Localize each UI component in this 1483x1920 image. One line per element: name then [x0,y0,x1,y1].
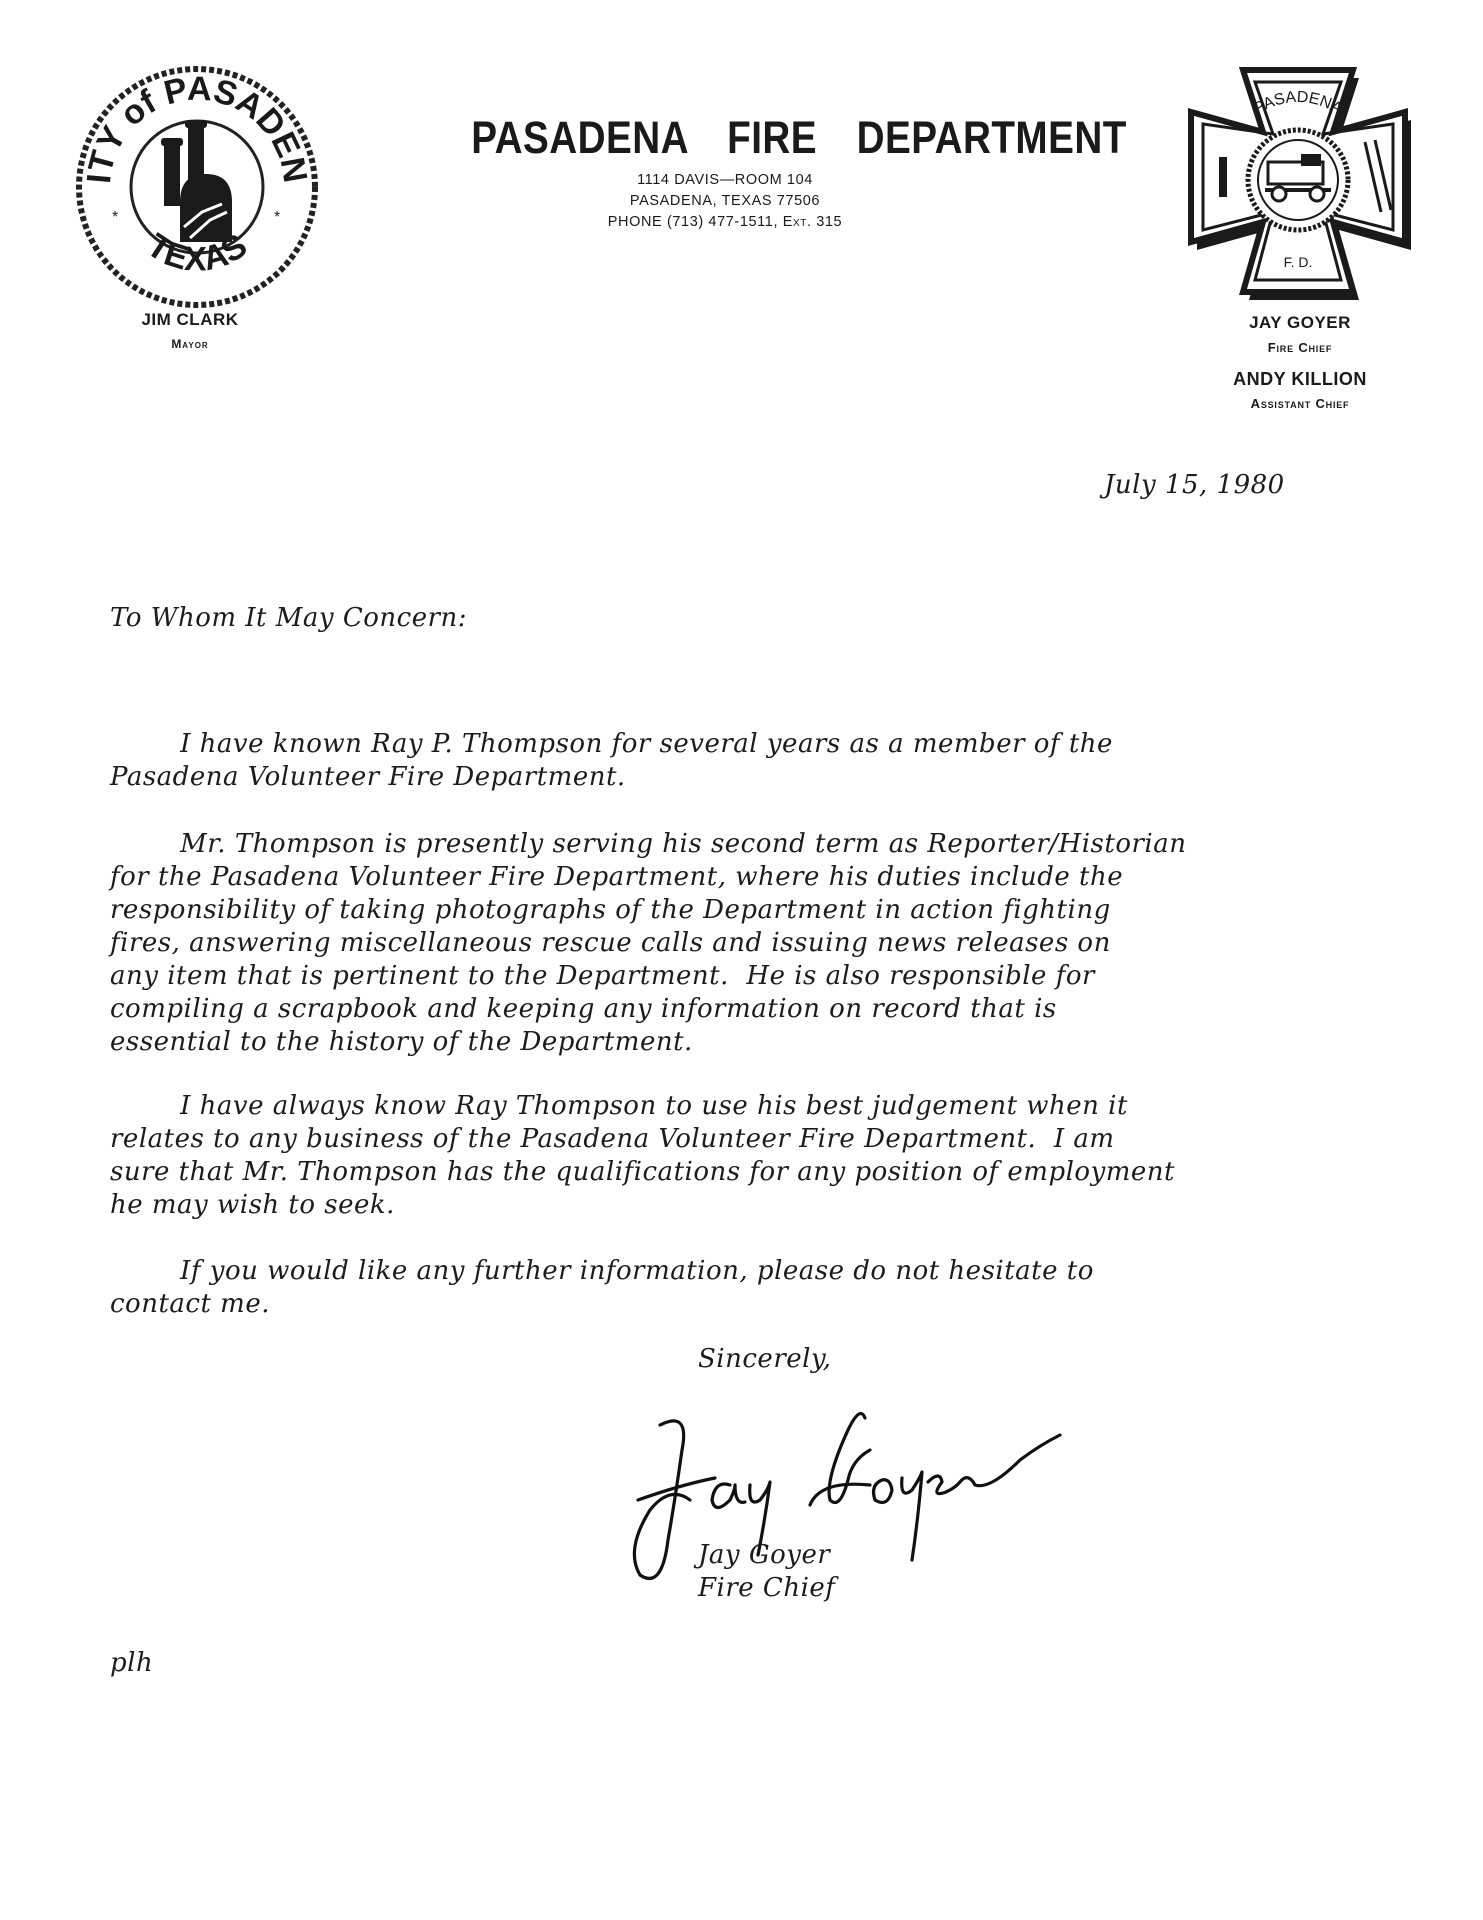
fire-badge-icon: PASADENA F. D. [1183,62,1413,302]
typist-initials: plh [110,1648,153,1678]
assistant-chief-name: ANDY KILLION [1190,369,1410,390]
mayor-name: JIM CLARK [100,310,280,330]
paragraph-1: I have known Ray P. Thompson for several… [110,728,1410,794]
phone-number: PHONE (713) 477-1511, [608,214,778,230]
mayor-title: Mayor [100,337,280,351]
phone-line: PHONE (713) 477-1511, Ext. 315 [430,214,1020,230]
fire-chief-name: JAY GOYER [1190,313,1410,333]
department-name: PASADENA FIRE DEPARTMENT [471,112,978,164]
svg-text:F. D.: F. D. [1284,254,1313,270]
salutation: To Whom It May Concern: [110,603,467,633]
assistant-chief-title: Assistant Chief [1190,396,1410,411]
city-seal-icon: CITY of PASADENA TEXAS * * [72,62,322,312]
address-line-2: PASADENA, TEXAS 77506 [430,193,1020,209]
closing: Sincerely, [698,1344,831,1374]
svg-text:*: * [274,209,280,226]
signature-icon [620,1390,1100,1590]
paragraph-3: I have always know Ray Thompson to use h… [110,1090,1410,1222]
phone-extension: Ext. 315 [783,214,843,230]
address-line-1: 1114 DAVIS—ROOM 104 [430,172,1020,188]
signer-title: Fire Chief [698,1573,835,1603]
signer-name: Jay Goyer [698,1540,830,1570]
svg-text:*: * [112,209,118,226]
letter-date: July 15, 1980 [1104,470,1285,500]
paragraph-4: If you would like any further informatio… [110,1255,1410,1321]
paragraph-2: Mr. Thompson is presently serving his se… [110,828,1410,1059]
fire-chief-title: Fire Chief [1190,340,1410,355]
